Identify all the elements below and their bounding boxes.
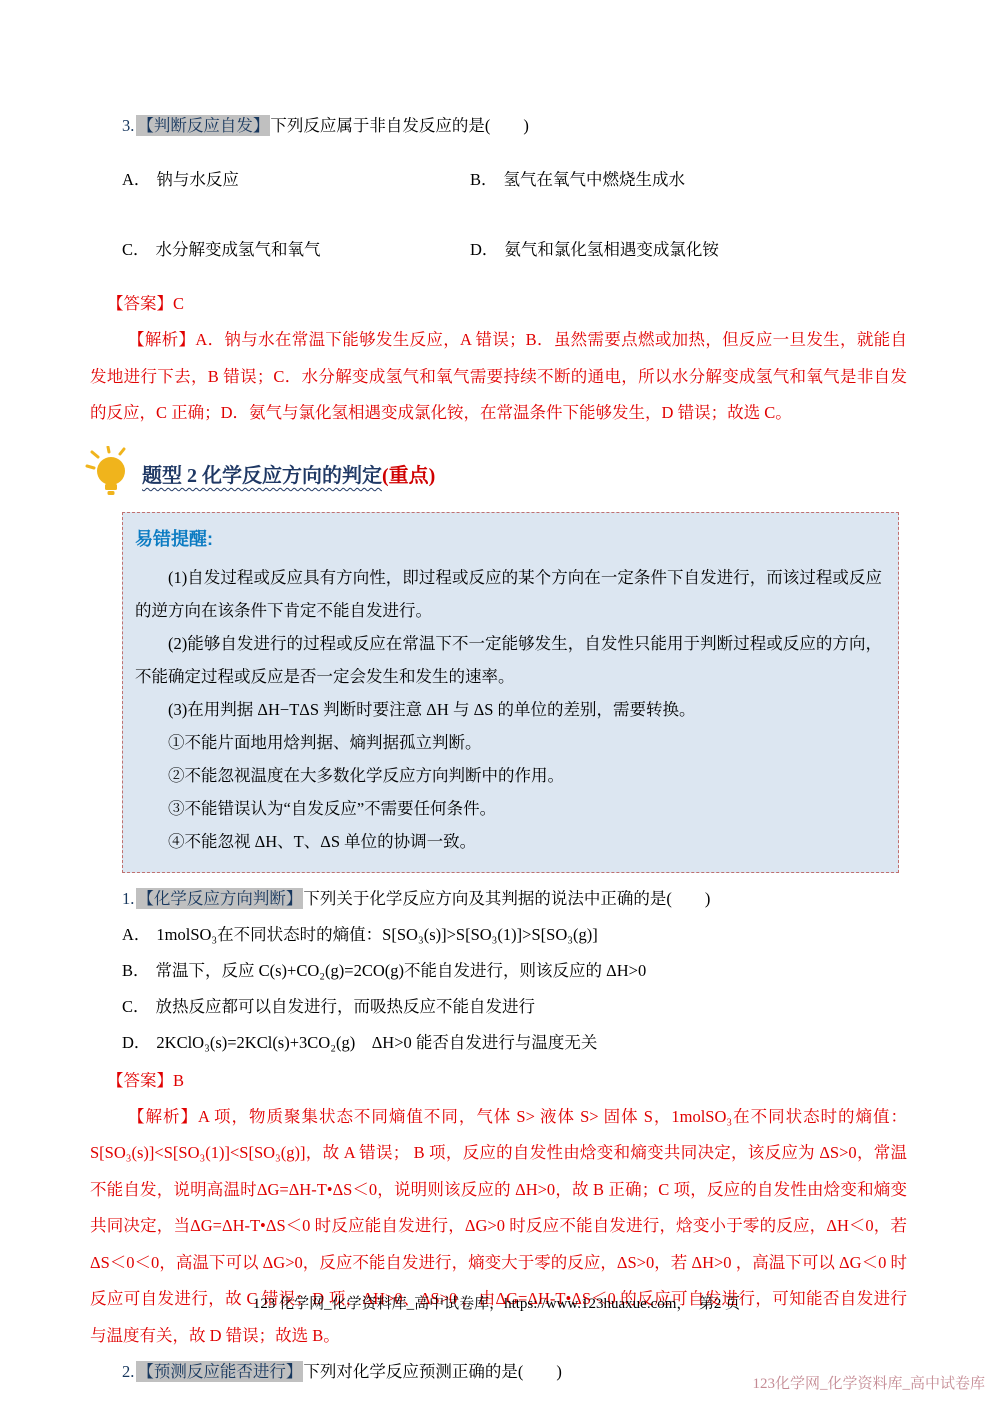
answer-value: B (173, 1071, 184, 1090)
option-text: 钠与水反应 (156, 170, 239, 189)
section-title-text: 题型 2 化学反应方向的判定 (142, 465, 382, 487)
option-key: D． (122, 1033, 150, 1052)
section-title-highlight: (重点) (382, 465, 435, 487)
question-1-line: 1.【化学反应方向判断】下列关于化学反应方向及其判据的说法中正确的是( ) (90, 881, 907, 917)
tip-paragraph-4: ①不能片面地用焓判据、熵判据孤立判断。 (135, 726, 882, 759)
page-footer: 123 化学网_化学资料库_高中试卷库，https://www.123huaxu… (0, 1292, 993, 1313)
option-b: B．常温下，反应 C(s)+CO₂(g)=2CO(g)不能自发进行，则该反应的 … (122, 953, 907, 989)
document-page: 3.【判断反应自发】下列反应属于非自发反应的是( ) A．钠与水反应 B．氢气在… (0, 0, 993, 1404)
section-heading: 题型 2 化学反应方向的判定(重点) (84, 446, 907, 502)
section-title: 题型 2 化学反应方向的判定(重点) (142, 459, 435, 488)
option-text: 氢气在氧气中燃烧生成水 (504, 170, 686, 189)
question-number: 2. (122, 1362, 134, 1381)
question-1: 1.【化学反应方向判断】下列关于化学反应方向及其判据的说法中正确的是( ) A．… (90, 881, 907, 1355)
tip-paragraph-1: (1)自发过程或反应具有方向性，即过程或反应的某个方向在一定条件下自发进行，而该… (135, 561, 882, 627)
tip-paragraph-6: ③不能错误认为“自发反应”不需要任何条件。 (135, 792, 882, 825)
answer-line: 【答案】B (90, 1063, 907, 1099)
site-watermark: 123化学网_化学资料库_高中试卷库 (752, 1372, 985, 1393)
question-number: 1. (122, 889, 134, 908)
option-b: B．氢气在氧气中燃烧生成水 (470, 161, 907, 198)
question-stem: 下列关于化学反应方向及其判据的说法中正确的是( ) (303, 889, 710, 908)
question-number: 3. (122, 116, 134, 135)
option-text: 放热反应都可以自发进行，而吸热反应不能自发进行 (156, 997, 536, 1016)
tip-paragraph-5: ②不能忽视温度在大多数化学反应方向判断中的作用。 (135, 759, 882, 792)
option-d: D．2KClO₃(s)=2KCl(s)+3CO₂(g) ΔH>0 能否自发进行与… (122, 1025, 907, 1061)
option-c: C．放热反应都可以自发进行，而吸热反应不能自发进行 (122, 989, 907, 1025)
question-1-options: A．1molSO₃在不同状态时的熵值：S[SO₃(s)]>S[SO₃(1)]>S… (90, 917, 907, 1061)
answer-value: C (173, 294, 184, 313)
tip-box: 易错提醒: (1)自发过程或反应具有方向性，即过程或反应的某个方向在一定条件下自… (122, 512, 899, 873)
question-3-options: A．钠与水反应 B．氢气在氧气中燃烧生成水 C．水分解变成氢气和氧气 D．氨气和… (90, 144, 907, 284)
option-text: 1molSO₃在不同状态时的熵值：S[SO₃(s)]>S[SO₃(1)]>S[S… (156, 925, 597, 944)
option-key: C． (122, 240, 150, 259)
analysis-paragraph: 【解析】A．钠与水在常温下能够发生反应，A 错误；B．虽然需要点燃或加热，但反应… (90, 322, 907, 432)
answer-label: 【答案】 (107, 294, 173, 313)
page-content: 3.【判断反应自发】下列反应属于非自发反应的是( ) A．钠与水反应 B．氢气在… (0, 0, 993, 1390)
analysis-paragraph: 【解析】A 项，物质聚集状态不同熵值不同，气体 S> 液体 S> 固体 S，1m… (90, 1099, 907, 1355)
analysis-text: A．钠与水在常温下能够发生反应，A 错误；B．虽然需要点燃或加热，但反应一旦发生… (90, 330, 907, 422)
option-key: A． (122, 170, 150, 189)
answer-label: 【答案】 (107, 1071, 173, 1090)
question-3: 3.【判断反应自发】下列反应属于非自发反应的是( ) A．钠与水反应 B．氢气在… (90, 108, 907, 432)
lightbulb-icon (84, 446, 142, 502)
option-key: B． (122, 961, 150, 980)
option-key: B． (470, 170, 498, 189)
question-tag: 【化学反应方向判断】 (136, 888, 303, 909)
option-text: 2KClO₃(s)=2KCl(s)+3CO₂(g) ΔH>0 能否自发进行与温度… (156, 1033, 597, 1052)
option-text: 常温下，反应 C(s)+CO₂(g)=2CO(g)不能自发进行，则该反应的 ΔH… (156, 961, 647, 980)
tip-paragraph-3: (3)在用判据 ΔH−TΔS 判断时要注意 ΔH 与 ΔS 的单位的差别，需要转… (135, 693, 882, 726)
tip-paragraph-2: (2)能够自发进行的过程或反应在常温下不一定能够发生，自发性只能用于判断过程或反… (135, 627, 882, 693)
tip-paragraph-7: ④不能忽视 ΔH、T、ΔS 单位的协调一致。 (135, 825, 882, 858)
option-text: 氨气和氯化氢相遇变成氯化铵 (504, 240, 719, 259)
option-text: 水分解变成氢气和氧气 (156, 240, 321, 259)
question-stem: 下列对化学反应预测正确的是( ) (303, 1362, 562, 1381)
option-c: C．水分解变成氢气和氧气 (122, 231, 470, 268)
question-3-line: 3.【判断反应自发】下列反应属于非自发反应的是( ) (90, 108, 907, 144)
option-d: D．氨气和氯化氢相遇变成氯化铵 (470, 231, 907, 268)
option-key: A． (122, 925, 150, 944)
analysis-label: 【解析】 (128, 1107, 198, 1126)
option-a: A．钠与水反应 (122, 161, 470, 198)
question-tag: 【判断反应自发】 (136, 115, 270, 136)
question-tag: 【预测反应能否进行】 (136, 1361, 303, 1382)
question-stem: 下列反应属于非自发反应的是( ) (270, 116, 529, 135)
option-key: D． (470, 240, 498, 259)
option-a: A．1molSO₃在不同状态时的熵值：S[SO₃(s)]>S[SO₃(1)]>S… (122, 917, 907, 953)
analysis-label: 【解析】 (128, 330, 195, 349)
tip-box-title: 易错提醒: (135, 525, 882, 551)
answer-line: 【答案】C (90, 286, 907, 322)
option-key: C． (122, 997, 150, 1016)
